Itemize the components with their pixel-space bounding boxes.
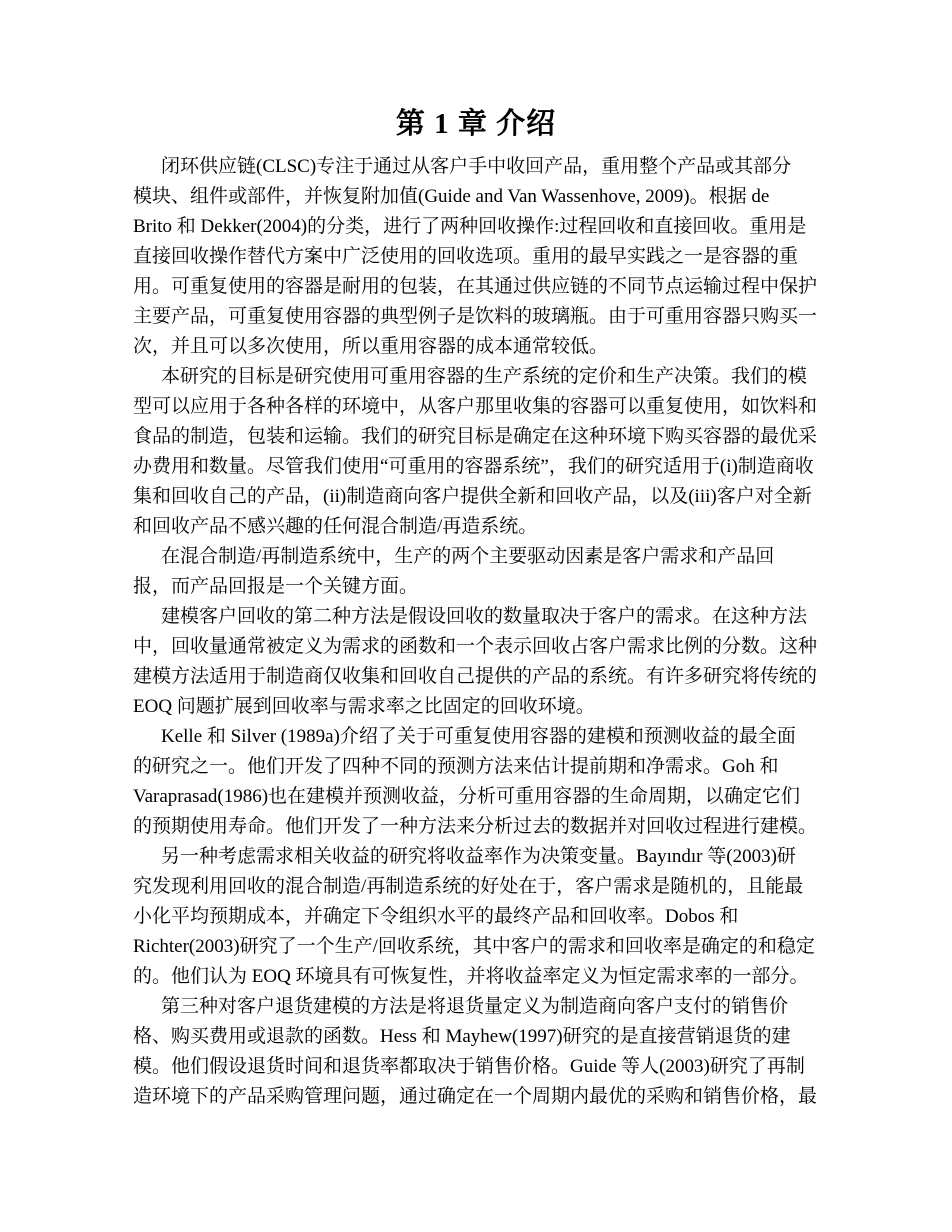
- paragraph: 在混合制造/再制造系统中，生产的两个主要驱动因素是客户需求和产品回报，而产品回报…: [133, 542, 833, 602]
- paragraph: Kelle 和 Silver (1989a)介绍了关于可重复使用容器的建模和预测…: [133, 722, 833, 842]
- paragraph: 闭环供应链(CLSC)专注于通过从客户手中收回产品，重用整个产品或其部分模块、组…: [133, 152, 833, 362]
- paragraph-line: 报，而产品回报是一个关键方面。: [133, 572, 833, 602]
- paragraph-line: 究发现利用回收的混合制造/再制造系统的好处在于，客户需求是随机的，且能最: [133, 872, 833, 902]
- paragraph-line: 型可以应用于各种各样的环境中，从客户那里收集的容器可以重复使用，如饮料和: [133, 392, 833, 422]
- document-page: 第 1 章 介绍 闭环供应链(CLSC)专注于通过从客户手中收回产品，重用整个产…: [0, 0, 952, 1232]
- paragraph-line: 的预期使用寿命。他们开发了一种方法来分析过去的数据并对回收过程进行建模。: [133, 812, 833, 842]
- paragraph-line: 模。他们假设退货时间和退货率都取决于销售价格。Guide 等人(2003)研究了…: [133, 1052, 833, 1082]
- paragraph-line: 建模方法适用于制造商仅收集和回收自己提供的产品的系统。有许多研究将传统的: [133, 662, 833, 692]
- paragraph-line: 办费用和数量。尽管我们使用“可重用的容器系统”，我们的研究适用于(i)制造商收: [133, 452, 833, 482]
- paragraph: 建模客户回收的第二种方法是假设回收的数量取决于客户的需求。在这种方法中，回收量通…: [133, 602, 833, 722]
- paragraph-line: 小化平均预期成本，并确定下令组织水平的最终产品和回收率。Dobos 和: [133, 902, 833, 932]
- paragraph-line: 的研究之一。他们开发了四种不同的预测方法来估计提前期和净需求。Goh 和: [133, 752, 833, 782]
- paragraph: 第三种对客户退货建模的方法是将退货量定义为制造商向客户支付的销售价格、购买费用或…: [133, 992, 833, 1112]
- chapter-title: 第 1 章 介绍: [0, 103, 952, 145]
- paragraph-line: 模块、组件或部件，并恢复附加值(Guide and Van Wassenhove…: [133, 182, 833, 212]
- paragraph-line: 和回收产品不感兴趣的任何混合制造/再造系统。: [133, 512, 833, 542]
- document-body: 闭环供应链(CLSC)专注于通过从客户手中收回产品，重用整个产品或其部分模块、组…: [133, 152, 833, 1112]
- paragraph-line: 中，回收量通常被定义为需求的函数和一个表示回收占客户需求比例的分数。这种: [133, 632, 833, 662]
- paragraph: 另一种考虑需求相关收益的研究将收益率作为决策变量。Bayındır 等(2003…: [133, 842, 833, 992]
- paragraph-line: 直接回收操作替代方案中广泛使用的回收选项。重用的最早实践之一是容器的重: [133, 242, 833, 272]
- paragraph-line: 造环境下的产品采购管理问题，通过确定在一个周期内最优的采购和销售价格，最: [133, 1082, 833, 1112]
- paragraph-line: 格、购买费用或退款的函数。Hess 和 Mayhew(1997)研究的是直接营销…: [133, 1022, 833, 1052]
- paragraph-line: 次，并且可以多次使用，所以重用容器的成本通常较低。: [133, 332, 833, 362]
- paragraph-line: Brito 和 Dekker(2004)的分类，进行了两种回收操作:过程回收和直…: [133, 212, 833, 242]
- paragraph-line: 的。他们认为 EOQ 环境具有可恢复性，并将收益率定义为恒定需求率的一部分。: [133, 962, 833, 992]
- paragraph: 本研究的目标是研究使用可重用容器的生产系统的定价和生产决策。我们的模型可以应用于…: [133, 362, 833, 542]
- paragraph-line: Varaprasad(1986)也在建模并预测收益，分析可重用容器的生命周期，以…: [133, 782, 833, 812]
- paragraph-line: 第三种对客户退货建模的方法是将退货量定义为制造商向客户支付的销售价: [133, 992, 833, 1022]
- paragraph-line: Kelle 和 Silver (1989a)介绍了关于可重复使用容器的建模和预测…: [133, 722, 833, 752]
- paragraph-line: EOQ 问题扩展到回收率与需求率之比固定的回收环境。: [133, 692, 833, 722]
- paragraph-line: 本研究的目标是研究使用可重用容器的生产系统的定价和生产决策。我们的模: [133, 362, 833, 392]
- paragraph-line: 用。可重复使用的容器是耐用的包装，在其通过供应链的不同节点运输过程中保护: [133, 272, 833, 302]
- paragraph-line: 建模客户回收的第二种方法是假设回收的数量取决于客户的需求。在这种方法: [133, 602, 833, 632]
- paragraph-line: Richter(2003)研究了一个生产/回收系统，其中客户的需求和回收率是确定…: [133, 932, 833, 962]
- paragraph-line: 集和回收自己的产品，(ii)制造商向客户提供全新和回收产品，以及(iii)客户对…: [133, 482, 833, 512]
- paragraph-line: 食品的制造，包装和运输。我们的研究目标是确定在这种环境下购买容器的最优采: [133, 422, 833, 452]
- paragraph-line: 主要产品，可重复使用容器的典型例子是饮料的玻璃瓶。由于可重用容器只购买一: [133, 302, 833, 332]
- paragraph-line: 在混合制造/再制造系统中，生产的两个主要驱动因素是客户需求和产品回: [133, 542, 833, 572]
- paragraph-line: 另一种考虑需求相关收益的研究将收益率作为决策变量。Bayındır 等(2003…: [133, 842, 833, 872]
- paragraph-line: 闭环供应链(CLSC)专注于通过从客户手中收回产品，重用整个产品或其部分: [133, 152, 833, 182]
